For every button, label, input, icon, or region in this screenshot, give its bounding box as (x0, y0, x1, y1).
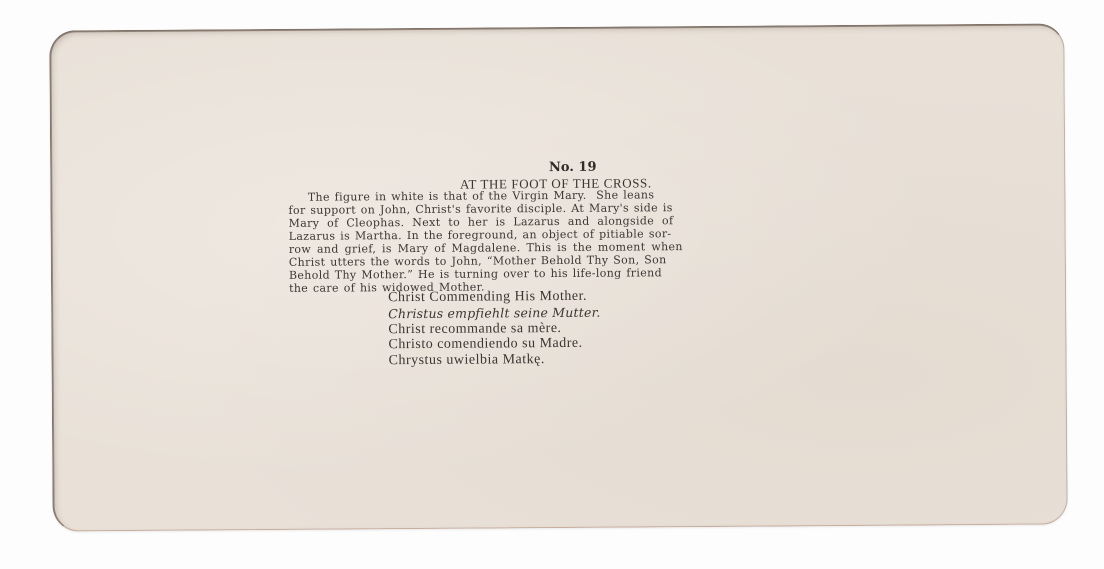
title-translations: Christ Commending His Mother. Christus e… (388, 289, 601, 369)
stereoview-card-back: No. 19 AT THE FOOT OF THE CROSS. The fig… (49, 23, 1067, 531)
translation-polish: Chrystus uwielbia Matkę. (389, 352, 601, 369)
translation-french: Christ recommande sa mère. (388, 320, 600, 337)
translation-english: Christ Commending His Mother. (388, 289, 600, 306)
translation-german: Christus empfiehlt seine Mutter. (388, 305, 600, 322)
translation-spanish: Christo comendiendo su Madre. (388, 336, 600, 353)
description-paragraph: The figure in white is that of the Virgi… (288, 187, 801, 295)
